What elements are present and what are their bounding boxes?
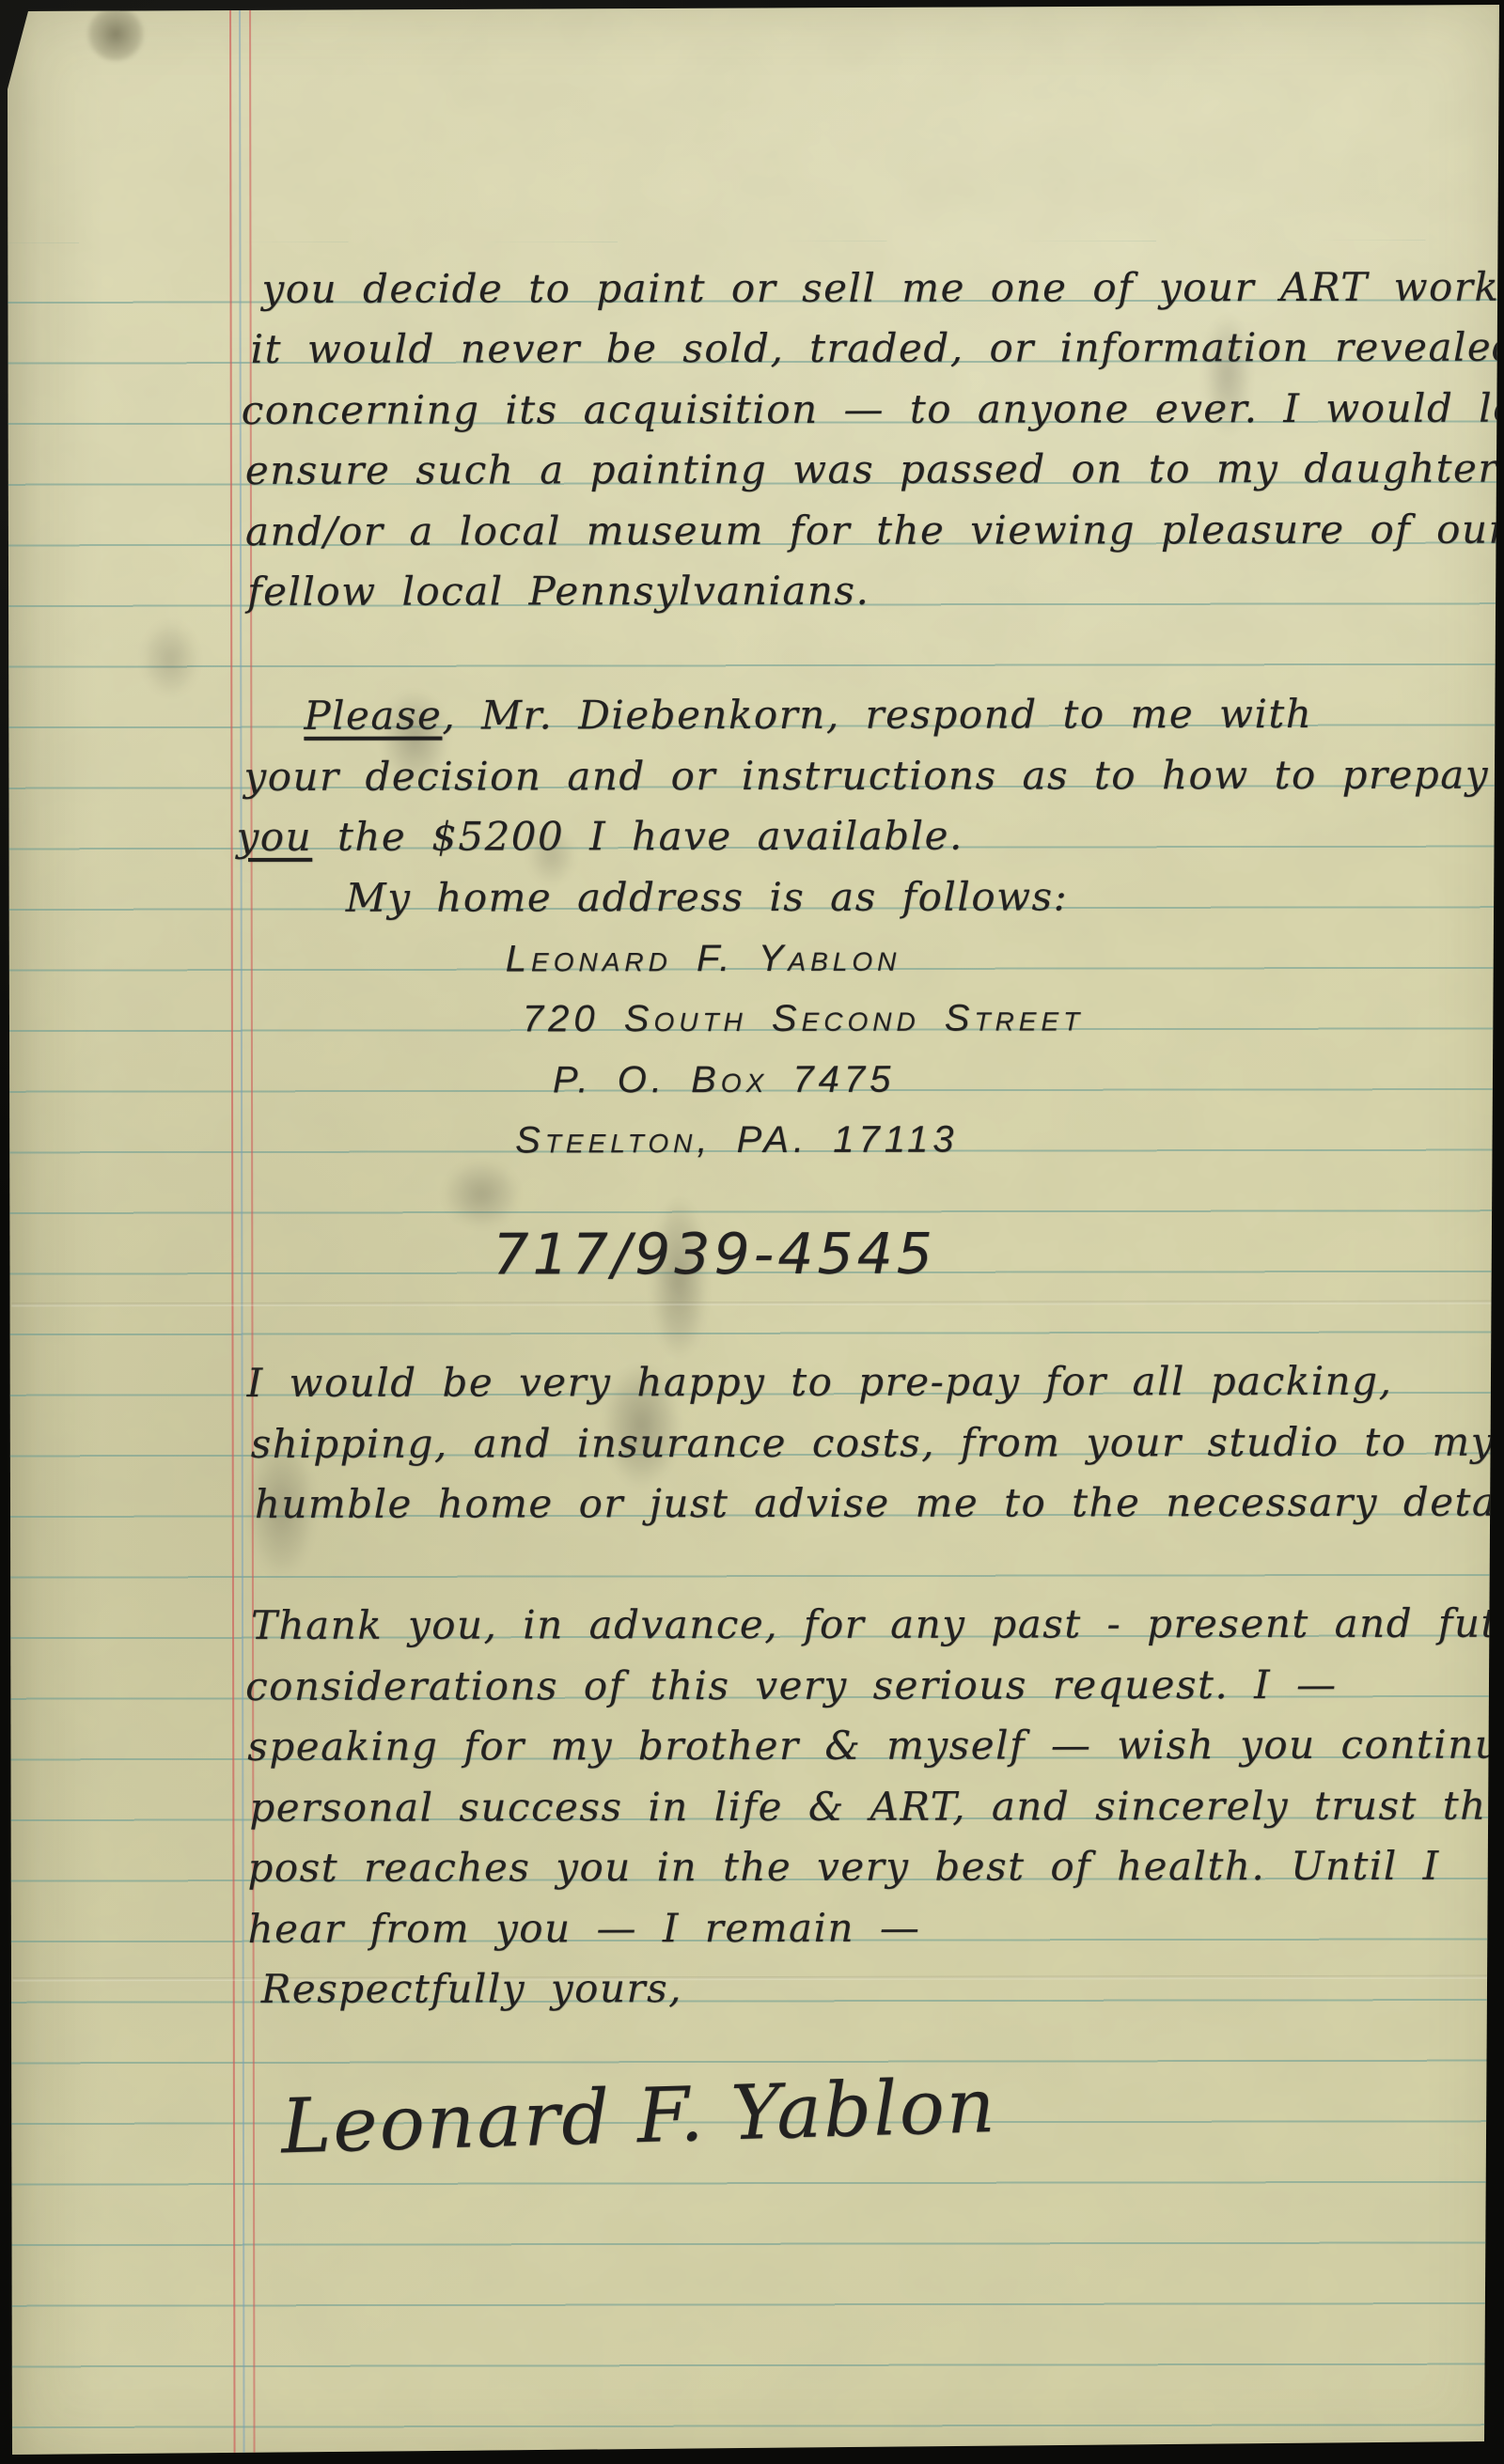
- address-line: P. O. Box 7475: [553, 1059, 895, 1102]
- handwritten-line: humble home or just advise me to the nec…: [255, 1479, 1504, 1527]
- underlined-word: Please: [304, 693, 442, 739]
- scan-background: you decide to paint or sell me one of yo…: [0, 0, 1504, 2464]
- text-segment: shipping, and insurance costs, from your…: [251, 1419, 1495, 1467]
- handwritten-line: Thank you, in advance, for any past - pr…: [251, 1599, 1504, 1647]
- text-segment: humble home or just advise me to the nec…: [255, 1479, 1504, 1527]
- text-segment: P. O. Box 7475: [553, 1059, 895, 1101]
- text-segment: and/or a local museum for the viewing pl…: [245, 507, 1504, 554]
- text-segment: hear from you — I remain —: [248, 1905, 921, 1952]
- text-segment: concerning its acquisition — to anyone e…: [242, 384, 1504, 433]
- address-line: 720 South Second Street: [523, 997, 1084, 1040]
- text-segment: 720 South Second Street: [523, 997, 1084, 1039]
- text-segment: Steelton, PA. 17113: [515, 1119, 958, 1162]
- handwritten-line: you decide to paint or sell me one of yo…: [261, 263, 1504, 311]
- text-segment: fellow local Pennsylvanians.: [247, 568, 869, 615]
- text-segment: the $5200 I have available.: [312, 813, 963, 860]
- handwritten-line: fellow local Pennsylvanians.: [247, 568, 869, 615]
- text-segment: Thank you, in advance, for any past - pr…: [251, 1599, 1504, 1647]
- ink-smudges: [0, 0, 1504, 1]
- paper-creases: [0, 0, 1504, 1]
- phone-number: 717/939-4545: [493, 1222, 936, 1288]
- text-segment: speaking for my brother & myself — wish …: [247, 1722, 1504, 1770]
- paper-content: you decide to paint or sell me one of yo…: [0, 0, 1504, 2464]
- handwritten-line: I would be very happy to pre-pay for all…: [247, 1358, 1393, 1406]
- handwritten-line: and/or a local museum for the viewing pl…: [245, 507, 1504, 554]
- text-segment: it would never be sold, traded, or infor…: [251, 324, 1504, 372]
- handwritten-line: you the $5200 I have available.: [237, 813, 963, 860]
- text-segment: your decision and or instructions as to …: [243, 752, 1489, 800]
- text-segment: I would be very happy to pre-pay for all…: [247, 1358, 1393, 1406]
- address-line: Leonard F. Yablon: [506, 938, 901, 981]
- handwritten-line: post reaches you in the very best of hea…: [247, 1843, 1439, 1891]
- text-segment: 717/939-4545: [493, 1222, 936, 1288]
- text-segment: Leonard F. Yablon: [506, 938, 901, 980]
- handwritten-line: your decision and or instructions as to …: [243, 752, 1489, 800]
- text-segment: , Mr. Diebenkorn, respond to me with: [442, 691, 1312, 739]
- text-segment: personal success in life & ART, and sinc…: [249, 1783, 1504, 1831]
- handwritten-line: personal success in life & ART, and sinc…: [249, 1783, 1504, 1831]
- text-segment: post reaches you in the very best of hea…: [247, 1843, 1439, 1891]
- handwritten-line: considerations of this very serious requ…: [245, 1661, 1337, 1709]
- handwritten-line: concerning its acquisition — to anyone e…: [242, 384, 1504, 433]
- handwritten-line: ensure such a painting was passed on to …: [245, 444, 1504, 492]
- handwritten-line: hear from you — I remain —: [248, 1905, 921, 1952]
- handwritten-line: Please, Mr. Diebenkorn, respond to me wi…: [304, 691, 1312, 739]
- text-segment: Leonard F. Yablon: [280, 2062, 998, 2171]
- handwritten-line: Respectfully yours,: [261, 1965, 682, 2012]
- handwritten-line: speaking for my brother & myself — wish …: [247, 1722, 1504, 1770]
- text-segment: My home address is as follows:: [346, 873, 1069, 920]
- handwritten-line: it would never be sold, traded, or infor…: [251, 324, 1504, 372]
- paper-sheet: you decide to paint or sell me one of yo…: [0, 0, 1504, 2464]
- handwritten-line: My home address is as follows:: [346, 873, 1069, 920]
- handwritten-line: shipping, and insurance costs, from your…: [251, 1419, 1495, 1467]
- underlined-word: you: [237, 814, 313, 860]
- signature: Leonard F. Yablon: [280, 2062, 998, 2171]
- text-segment: ensure such a painting was passed on to …: [245, 444, 1504, 492]
- text-segment: you decide to paint or sell me one of yo…: [261, 263, 1504, 311]
- address-line: Steelton, PA. 17113: [515, 1119, 958, 1162]
- text-segment: considerations of this very serious requ…: [245, 1661, 1337, 1709]
- text-segment: Respectfully yours,: [261, 1965, 682, 2012]
- letter-body: you decide to paint or sell me one of yo…: [0, 0, 1504, 2464]
